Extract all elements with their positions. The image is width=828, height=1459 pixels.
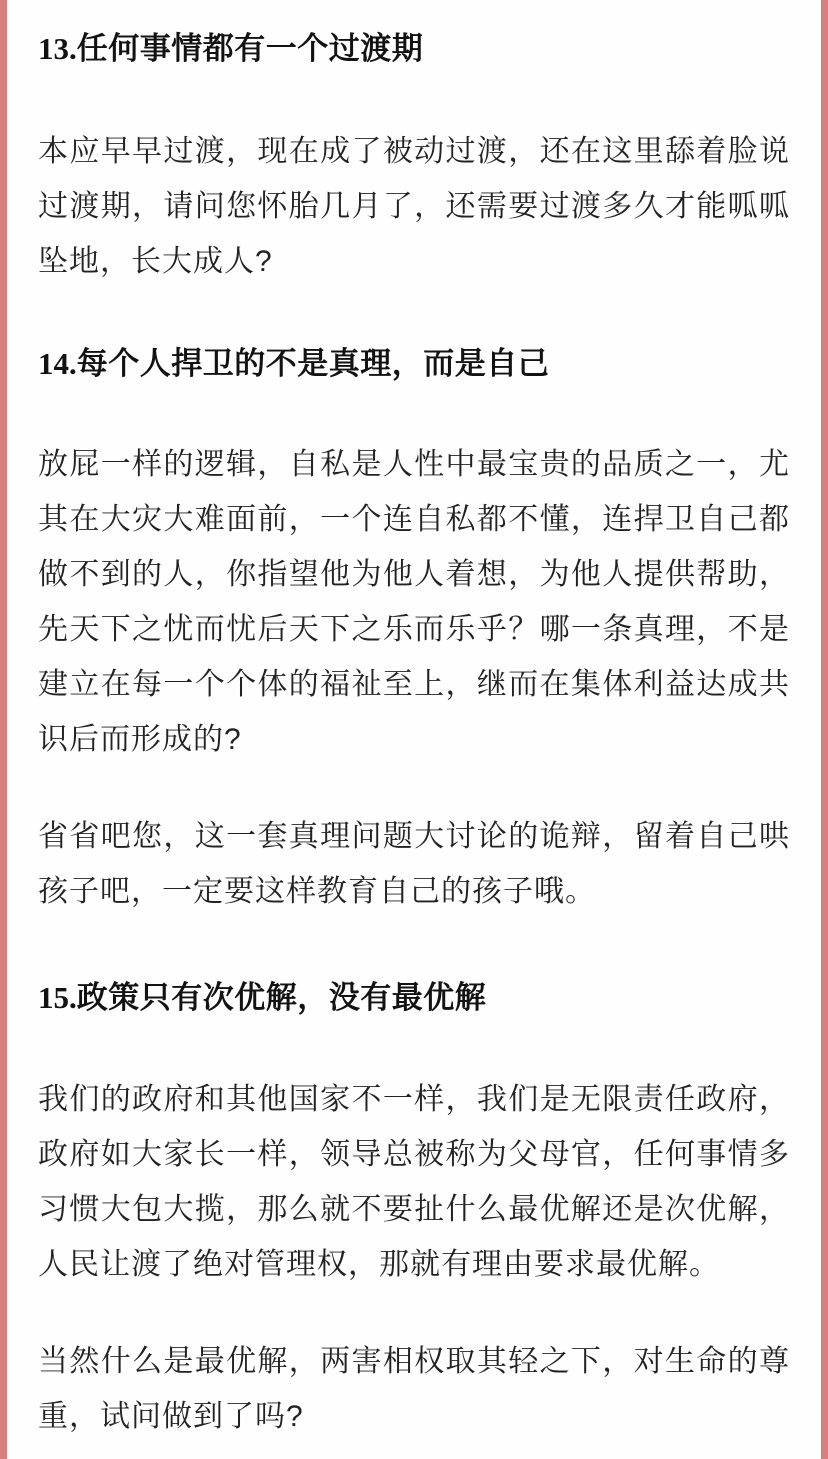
- article-body: 13.任何事情都有一个过渡期 本应早早过渡，现在成了被动过渡，还在这里舔着脸说过…: [0, 0, 828, 1444]
- paragraph: 省省吧您，这一套真理问题大讨论的诡辩，留着自己哄孩子吧，一定要这样教育自己的孩子…: [38, 809, 790, 919]
- section-number: 14.: [38, 346, 77, 381]
- section-title: 任何事情都有一个过渡期: [77, 31, 424, 66]
- paragraph: 当然什么是最优解，两害相权取其轻之下，对生命的尊重，试问做到了吗?: [38, 1334, 790, 1444]
- section-title: 政策只有次优解，没有最优解: [77, 980, 487, 1015]
- paragraph: 我们的政府和其他国家不一样，我们是无限责任政府，政府如大家长一样，领导总被称为父…: [38, 1072, 790, 1292]
- section-number: 15.: [38, 980, 77, 1015]
- section-heading-14: 14.每个人捍卫的不是真理，而是自己: [38, 345, 790, 383]
- section-heading-15: 15.政策只有次优解，没有最优解: [38, 979, 790, 1017]
- paragraph: 本应早早过渡，现在成了被动过渡，还在这里舔着脸说过渡期，请问您怀胎几月了，还需要…: [38, 124, 790, 289]
- section-heading-13: 13.任何事情都有一个过渡期: [38, 30, 790, 68]
- section-number: 13.: [38, 31, 77, 66]
- section-title: 每个人捍卫的不是真理，而是自己: [77, 346, 550, 381]
- paragraph: 放屁一样的逻辑，自私是人性中最宝贵的品质之一，尤其在大灾大难面前，一个连自私都不…: [38, 437, 790, 767]
